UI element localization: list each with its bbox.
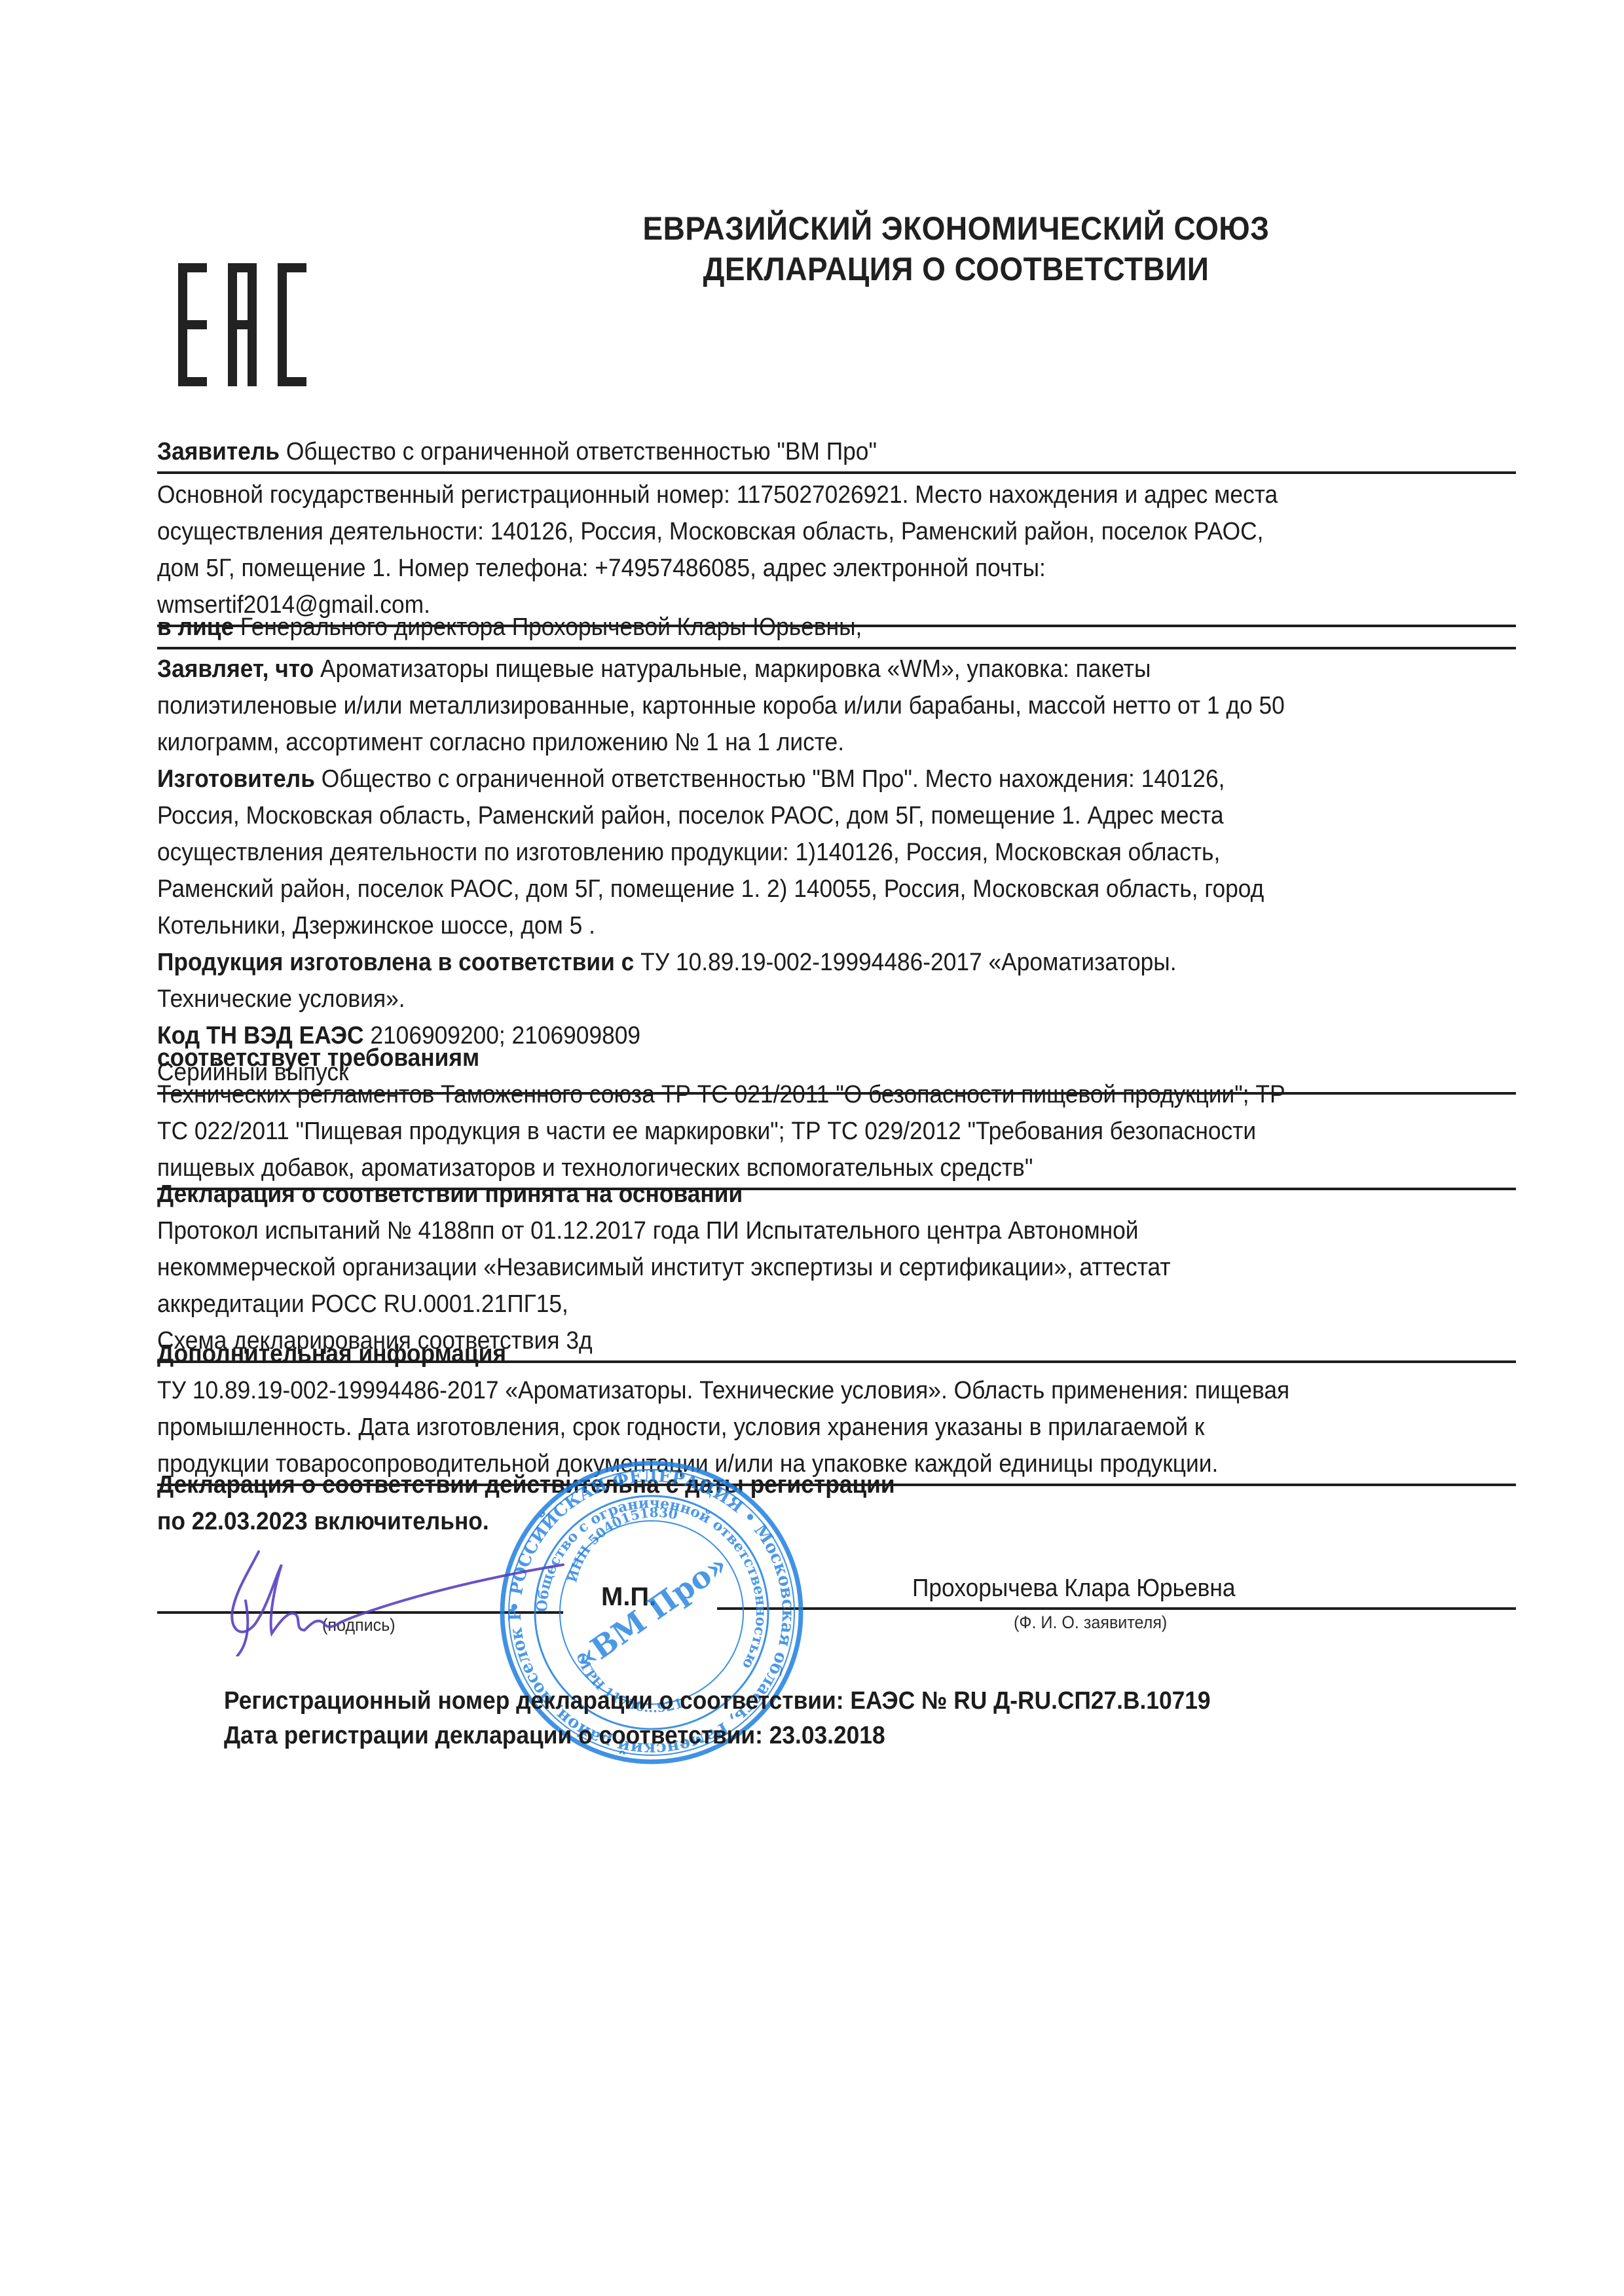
applicant-detail-line: Основной государственный регистрационный…	[157, 477, 1421, 513]
representative-section: в лице Генерального директора Прохорычев…	[157, 609, 1516, 652]
signer-name: Прохорычева Клара Юрьевна	[912, 1575, 1236, 1603]
representative-label: в лице	[157, 613, 234, 641]
registration-date-row: Дата регистрации декларации о соответств…	[224, 1722, 885, 1750]
divider	[157, 647, 1516, 649]
applicant-detail-line: дом 5Г, помещение 1. Номер телефона: +74…	[157, 550, 1421, 587]
title-declaration: ДЕКЛАРАЦИЯ О СООТВЕТСТВИИ	[534, 249, 1378, 289]
title-union: ЕВРАЗИЙСКИЙ ЭКОНОМИЧЕСКИЙ СОЮЗ	[534, 208, 1378, 249]
handwritten-signature-icon	[196, 1525, 655, 1656]
registration-date-label: Дата регистрации декларации о соответств…	[224, 1722, 769, 1749]
applicant-value: Общество с ограниченной ответственностью…	[280, 438, 877, 465]
basis-line: некоммерческой организации «Независимый …	[157, 1249, 1421, 1286]
declares-line: полиэтиленовые и/или металлизированные, …	[157, 687, 1421, 724]
requirements-label: соответствует требованиям	[157, 1040, 1421, 1076]
requirements-line: ТС 022/2011 "Пищевая продукция в части е…	[157, 1113, 1421, 1150]
requirements-section: соответствует требованиям Технических ре…	[157, 1040, 1516, 1193]
manufacturer-line: Котельники, Дзержинское шоссе, дом 5 .	[157, 907, 1421, 944]
produced-per-line: Технические условия».	[157, 981, 1421, 1017]
declares-label: Заявляет, что	[157, 655, 314, 683]
product-section: Заявляет, что Ароматизаторы пищевые нату…	[157, 651, 1516, 1097]
additional-info-line: промышленность. Дата изготовления, срок …	[157, 1409, 1421, 1446]
signer-caption: (Ф. И. О. заявителя)	[1014, 1613, 1167, 1633]
declares-line: килограмм, ассортимент согласно приложен…	[157, 724, 1421, 761]
manufacturer-line: Общество с ограниченной ответственностью…	[315, 765, 1225, 793]
requirements-line: Технических регламентов Таможенного союз…	[157, 1076, 1421, 1113]
produced-per-line: ТУ 10.89.19-002-19994486-2017 «Ароматиза…	[634, 949, 1176, 976]
registration-number-row: Регистрационный номер декларации о соотв…	[224, 1687, 1211, 1715]
manufacturer-line: Россия, Московская область, Раменский ра…	[157, 797, 1421, 834]
name-line	[717, 1607, 1516, 1610]
registration-number-label: Регистрационный номер декларации о соотв…	[224, 1687, 850, 1715]
basis-label: Декларация о соответствии принята на осн…	[157, 1176, 1421, 1212]
additional-info-label: Дополнительная информация	[157, 1336, 1421, 1372]
produced-per-label: Продукция изготовлена в соответствии с	[157, 949, 634, 976]
declares-line: Ароматизаторы пищевые натуральные, марки…	[314, 655, 1151, 683]
manufacturer-line: осуществления деятельности по изготовлен…	[157, 834, 1421, 871]
basis-line: аккредитации РОСС RU.0001.21ПГ15,	[157, 1286, 1421, 1322]
manufacturer-line: Раменский район, поселок РАОС, дом 5Г, п…	[157, 871, 1421, 907]
registration-date-value: 23.03.2018	[769, 1722, 885, 1749]
basis-line: Протокол испытаний № 4188пп от 01.12.201…	[157, 1212, 1421, 1249]
declaration-page: ЕВРАЗИЙСКИЙ ЭКОНОМИЧЕСКИЙ СОЮЗ ДЕКЛАРАЦИ…	[0, 0, 1624, 2296]
manufacturer-label: Изготовитель	[157, 765, 315, 793]
applicant-section: Заявитель Общество с ограниченной ответс…	[157, 433, 1516, 630]
representative-value: Генерального директора Прохорычевой Клар…	[234, 613, 862, 641]
additional-info-section: Дополнительная информация ТУ 10.89.19-00…	[157, 1336, 1516, 1489]
eac-logo-icon	[178, 263, 306, 386]
divider	[157, 471, 1516, 474]
registration-number-value: ЕАЭС № RU Д-RU.СП27.В.10719	[850, 1687, 1210, 1715]
applicant-label: Заявитель	[157, 438, 280, 465]
applicant-detail-line: осуществления деятельности: 140126, Росс…	[157, 513, 1421, 550]
document-title: ЕВРАЗИЙСКИЙ ЭКОНОМИЧЕСКИЙ СОЮЗ ДЕКЛАРАЦИ…	[498, 208, 1414, 289]
additional-info-line: ТУ 10.89.19-002-19994486-2017 «Ароматиза…	[157, 1372, 1421, 1409]
